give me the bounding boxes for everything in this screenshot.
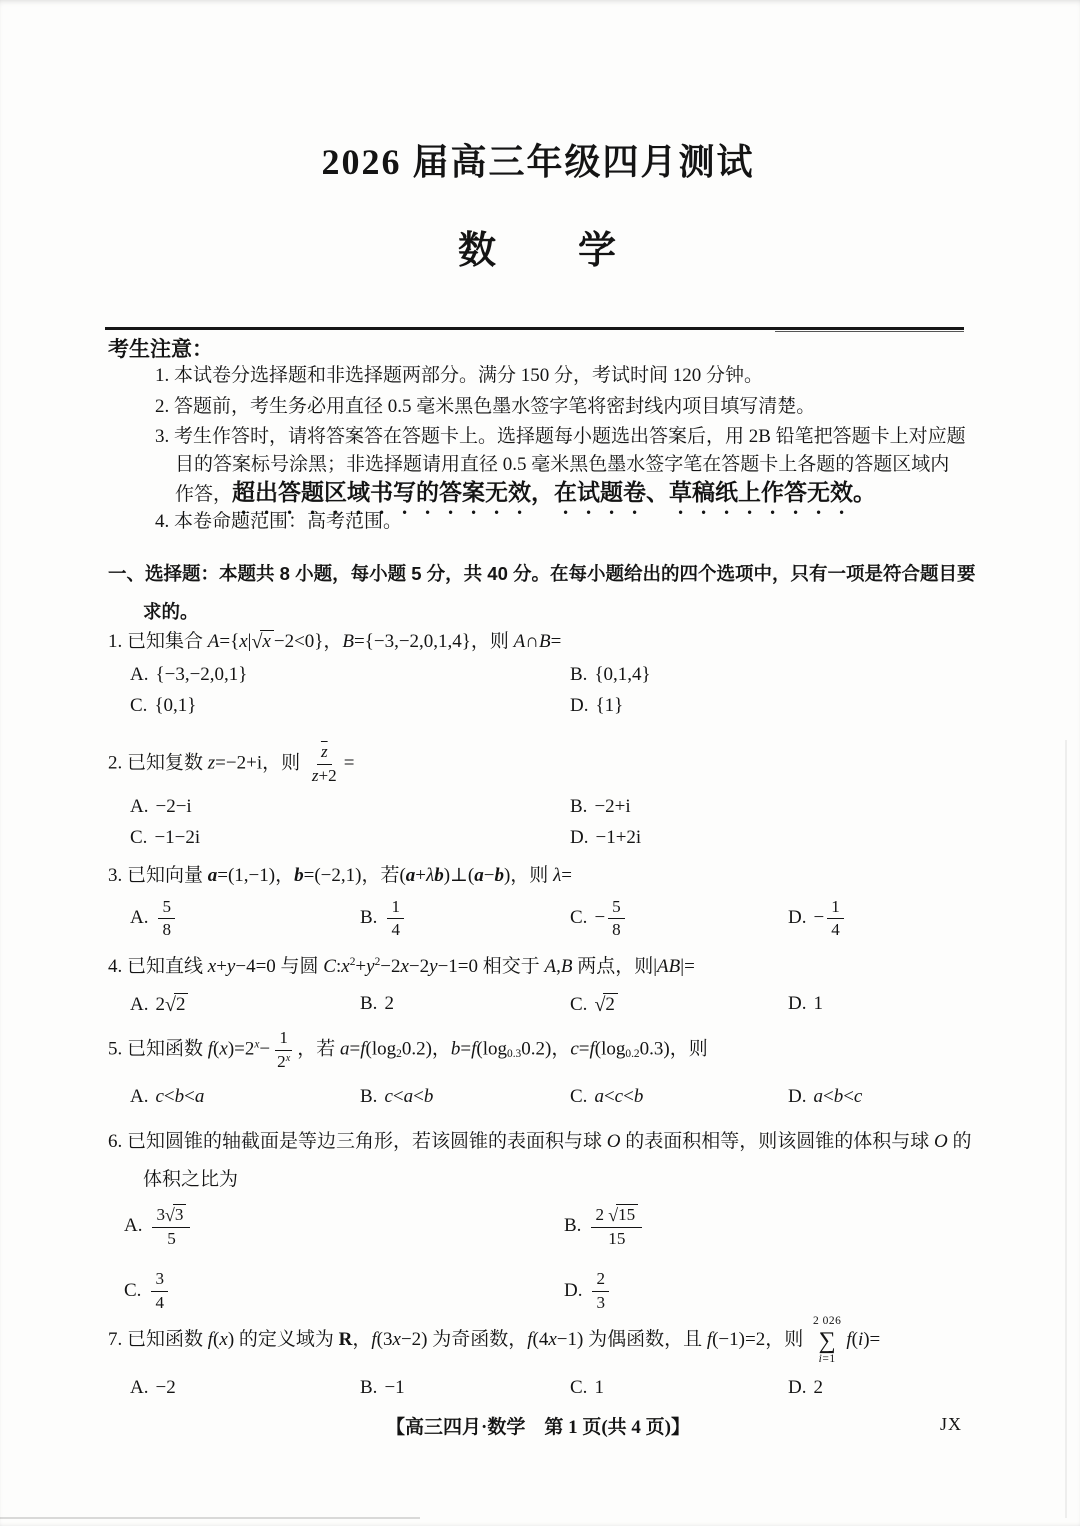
option-value: √2 bbox=[594, 994, 617, 1015]
option-label: D. bbox=[788, 907, 806, 928]
scan-edge-artifact bbox=[0, 1517, 420, 1519]
footer-code: JX bbox=[940, 1414, 962, 1435]
option-item: A.{−3,−2,0,1} bbox=[130, 664, 570, 686]
option-label: A. bbox=[130, 994, 148, 1015]
option-item: D.−1+2i bbox=[570, 827, 968, 849]
question-1-stem: 1. 已知集合 A={x|√x−2<0}，B={−3,−2,0,1,4}，则 A… bbox=[108, 630, 968, 655]
question-2-stem: 2. 已知复数 z=−2+i，则 zz+2= bbox=[108, 742, 968, 786]
option-label: B. bbox=[570, 796, 587, 817]
option-label: D. bbox=[570, 695, 588, 716]
option-value: {0,1} bbox=[154, 695, 196, 716]
option-label: A. bbox=[124, 1215, 142, 1236]
option-label: C. bbox=[570, 907, 587, 928]
notice-line-2: 2. 答题前，考生务必用直径 0.5 毫米黑色墨水签字笔将密封线内项目填写清楚。 bbox=[108, 394, 968, 420]
question-2-options: A.−2−iB.−2+iC.−1−2iD.−1+2i bbox=[108, 796, 968, 849]
option-item: A.2√2 bbox=[130, 993, 360, 1016]
question-3-options: A.58B.14C.−58D.−14 bbox=[108, 897, 968, 941]
option-item: B.2 bbox=[360, 993, 570, 1015]
option-item: D.a<b<c bbox=[788, 1086, 968, 1108]
option-value: {1} bbox=[595, 695, 623, 716]
option-value: {−3,−2,0,1} bbox=[155, 664, 247, 685]
option-label: B. bbox=[570, 664, 587, 685]
question-5: 5. 已知函数 f(x)=2x−12x，若 a=f(log20.2)，b=f(l… bbox=[108, 1028, 968, 1108]
option-item: B.−1 bbox=[360, 1377, 570, 1399]
section-heading-line1: 一、选择题：本题共 8 小题，每小题 5 分，共 40 分。在每小题给出的四个选… bbox=[108, 560, 968, 586]
option-label: B. bbox=[360, 1377, 377, 1398]
option-value: −58 bbox=[594, 907, 627, 928]
option-value: 58 bbox=[155, 907, 178, 928]
option-item: C.a<c<b bbox=[570, 1086, 788, 1108]
notice-line-4: 4. 本卷命题范围：高考范围。 bbox=[108, 509, 968, 535]
option-value: 3√35 bbox=[149, 1215, 193, 1236]
section-heading-line2: 求的。 bbox=[108, 598, 968, 624]
option-item: A.c<b<a bbox=[130, 1086, 360, 1108]
option-value: c<b<a bbox=[155, 1086, 204, 1107]
option-value: 23 bbox=[589, 1280, 612, 1301]
option-label: A. bbox=[130, 1086, 148, 1107]
option-label: C. bbox=[570, 994, 587, 1015]
question-5-stem: 5. 已知函数 f(x)=2x−12x，若 a=f(log20.2)，b=f(l… bbox=[108, 1028, 968, 1072]
option-value: 2 √1515 bbox=[588, 1215, 645, 1236]
notice-label: 考生注意： bbox=[108, 333, 968, 363]
option-value: 2 bbox=[384, 993, 394, 1014]
option-item: C.√2 bbox=[570, 993, 788, 1016]
option-value: 1 bbox=[813, 993, 823, 1014]
option-value: 14 bbox=[384, 907, 407, 928]
question-2: 2. 已知复数 z=−2+i，则 zz+2= A.−2−iB.−2+iC.−1−… bbox=[108, 742, 968, 849]
option-label: C. bbox=[130, 827, 147, 848]
question-5-options: A.c<b<aB.c<a<bC.a<c<bD.a<b<c bbox=[108, 1086, 968, 1108]
option-label: D. bbox=[788, 993, 806, 1014]
option-item: C.1 bbox=[570, 1377, 788, 1399]
option-label: D. bbox=[788, 1377, 806, 1398]
option-item: C.34 bbox=[124, 1269, 564, 1313]
option-item: A.−2 bbox=[130, 1377, 360, 1399]
option-label: B. bbox=[564, 1215, 581, 1236]
option-label: C. bbox=[130, 695, 147, 716]
option-value: a<c<b bbox=[594, 1086, 643, 1107]
option-value: −1+2i bbox=[595, 827, 641, 848]
notice-line-1: 1. 本试卷分选择题和非选择题两部分。满分 150 分，考试时间 120 分钟。 bbox=[108, 363, 968, 389]
question-4: 4. 已知直线 x+y−4=0 与圆 C:x2+y2−2x−2y−1=0 相交于… bbox=[108, 955, 968, 1016]
question-7: 7. 已知函数 f(x) 的定义域为 R，f(3x−2) 为奇函数，f(4x−1… bbox=[108, 1316, 968, 1399]
page-title: 2026 届高三年级四月测试 bbox=[108, 134, 968, 185]
question-6-stem-line1: 6. 已知圆锥的轴截面是等边三角形，若该圆锥的表面积与球 O 的表面积相等，则该… bbox=[108, 1130, 968, 1155]
option-value: c<a<b bbox=[384, 1086, 433, 1107]
question-4-options: A.2√2B.2C.√2D.1 bbox=[108, 993, 968, 1016]
option-value: 34 bbox=[148, 1280, 171, 1301]
option-label: C. bbox=[124, 1280, 141, 1301]
option-item: C.−58 bbox=[570, 897, 788, 941]
option-value: −2+i bbox=[594, 796, 630, 817]
option-item: C.−1−2i bbox=[130, 827, 570, 849]
notice-line-3a: 3. 考生作答时，请将答案答在答题卡上。选择题每小题选出答案后，用 2B 铅笔把… bbox=[108, 424, 968, 450]
option-label: A. bbox=[130, 907, 148, 928]
option-item: A.58 bbox=[130, 897, 360, 941]
question-1: 1. 已知集合 A={x|√x−2<0}，B={−3,−2,0,1,4}，则 A… bbox=[108, 630, 968, 717]
option-item: D.−14 bbox=[788, 897, 968, 941]
question-4-stem: 4. 已知直线 x+y−4=0 与圆 C:x2+y2−2x−2y−1=0 相交于… bbox=[108, 955, 968, 980]
option-value: {0,1,4} bbox=[594, 664, 650, 685]
option-value: −14 bbox=[813, 907, 846, 928]
option-label: D. bbox=[564, 1280, 582, 1301]
option-item: A.3√35 bbox=[124, 1204, 564, 1249]
option-item: B.c<a<b bbox=[360, 1086, 570, 1108]
option-label: C. bbox=[570, 1086, 587, 1107]
option-value: 2√2 bbox=[155, 994, 188, 1015]
subject-title: 数 学 bbox=[108, 219, 968, 274]
option-item: B.{0,1,4} bbox=[570, 664, 968, 686]
option-label: B. bbox=[360, 993, 377, 1014]
option-value: −1 bbox=[384, 1377, 404, 1398]
option-value: 1 bbox=[594, 1377, 604, 1398]
option-item: B.2 √1515 bbox=[564, 1204, 968, 1249]
option-item: B.14 bbox=[360, 897, 570, 941]
option-label: A. bbox=[130, 1377, 148, 1398]
option-item: A.−2−i bbox=[130, 796, 570, 818]
footer-page-info: 【高三四月·数学 第 1 页(共 4 页)】 bbox=[108, 1412, 968, 1439]
question-7-stem: 7. 已知函数 f(x) 的定义域为 R，f(3x−2) 为奇函数，f(4x−1… bbox=[108, 1316, 968, 1365]
option-item: D.1 bbox=[788, 993, 968, 1015]
option-label: B. bbox=[360, 1086, 377, 1107]
question-1-options: A.{−3,−2,0,1}B.{0,1,4}C.{0,1}D.{1} bbox=[108, 664, 968, 717]
option-value: −2 bbox=[155, 1377, 175, 1398]
option-label: A. bbox=[130, 796, 148, 817]
option-item: B.−2+i bbox=[570, 796, 968, 818]
question-6-options: A.3√35B.2 √1515C.34D.23 bbox=[108, 1204, 968, 1313]
exam-page: 2026 届高三年级四月测试 数 学 考生注意： 1. 本试卷分选择题和非选择题… bbox=[0, 0, 1080, 1526]
option-value: 2 bbox=[813, 1377, 823, 1398]
option-item: C.{0,1} bbox=[130, 695, 570, 717]
option-item: D.2 bbox=[788, 1377, 968, 1399]
option-label: C. bbox=[570, 1377, 587, 1398]
question-3-stem: 3. 已知向量 a=(1,−1)，b=(−2,1)，若(a+λb)⊥(a−b)，… bbox=[108, 864, 968, 889]
divider-rule bbox=[105, 327, 964, 330]
question-6-stem-line2: 体积之比为 bbox=[108, 1168, 968, 1193]
option-value: a<b<c bbox=[813, 1086, 862, 1107]
option-item: D.{1} bbox=[570, 695, 968, 717]
option-label: A. bbox=[130, 664, 148, 685]
option-value: −1−2i bbox=[154, 827, 200, 848]
option-label: D. bbox=[570, 827, 588, 848]
option-label: B. bbox=[360, 907, 377, 928]
notice-line-3b: 目的答案标号涂黑；非选择题请用直径 0.5 毫米黑色墨水签字笔在答题卡上各题的答… bbox=[108, 452, 968, 478]
question-3: 3. 已知向量 a=(1,−1)，b=(−2,1)，若(a+λb)⊥(a−b)，… bbox=[108, 864, 968, 941]
option-label: D. bbox=[788, 1086, 806, 1107]
question-7-options: A.−2B.−1C.1D.2 bbox=[108, 1377, 968, 1399]
option-item: D.23 bbox=[564, 1269, 968, 1313]
question-6: 6. 已知圆锥的轴截面是等边三角形，若该圆锥的表面积与球 O 的表面积相等，则该… bbox=[108, 1130, 968, 1313]
option-value: −2−i bbox=[155, 796, 191, 817]
